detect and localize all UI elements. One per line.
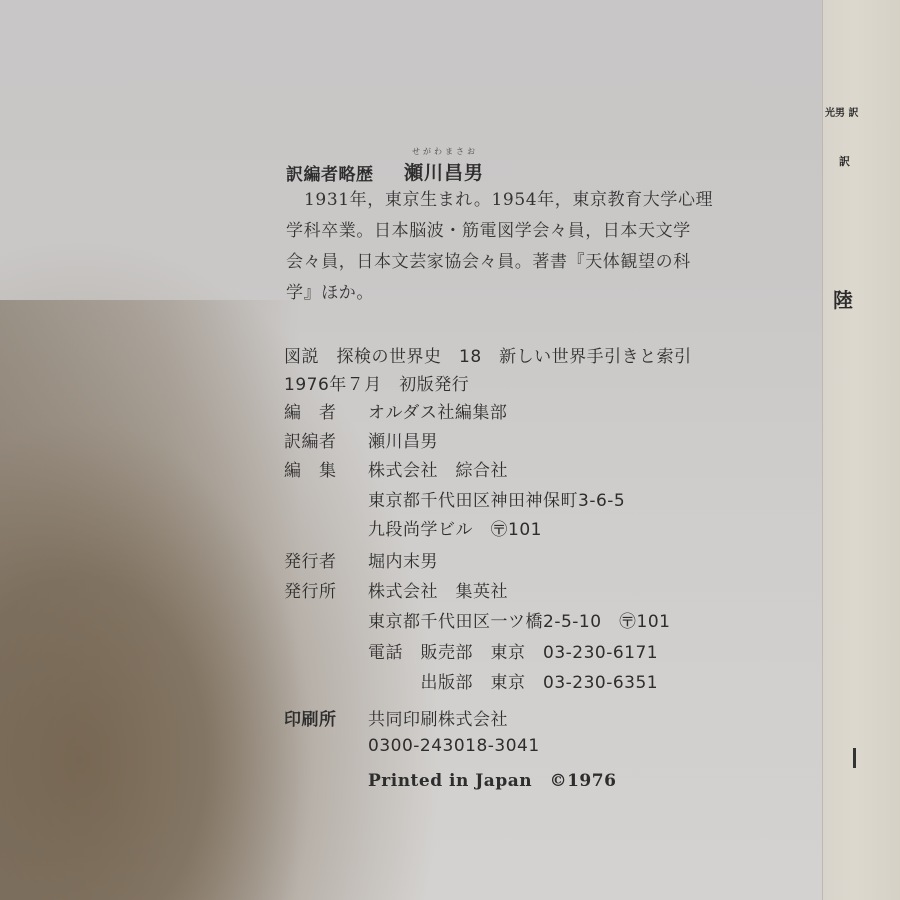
value-publisher-company: 株式会社 集英社 bbox=[368, 577, 508, 602]
bio-name: 瀬川昌男 bbox=[404, 158, 484, 185]
printed-in-japan: Printed in Japan ©1976 bbox=[368, 766, 616, 791]
value-printer: 共同印刷株式会社 bbox=[368, 705, 508, 730]
label-editor: 編 者 bbox=[284, 398, 337, 423]
bio-line-4: 学』ほか。 bbox=[286, 278, 374, 309]
adjacent-bar-mark bbox=[853, 748, 856, 768]
bio-line-2: 学科卒業。日本脳波・筋電図学会々員，日本天文学 bbox=[286, 216, 691, 247]
phone-publishing: 出版部 東京 03-230-6351 bbox=[368, 668, 658, 693]
value-code: 0300-243018-3041 bbox=[368, 736, 540, 756]
label-printer: 印刷所 bbox=[284, 705, 337, 730]
value-editor: オルダス社編集部 bbox=[368, 398, 507, 423]
adjacent-riku-char: 陸 bbox=[833, 284, 853, 313]
edition-line: 1976年７月 初版発行 bbox=[284, 370, 469, 395]
name-ruby: せがわまさお bbox=[412, 146, 478, 157]
book-title: 図説 探検の世界史 18 新しい世界手引きと索引 bbox=[284, 342, 692, 367]
value-publisher-address: 東京都千代田区一ツ橋2-5-10 〶101 bbox=[368, 607, 670, 632]
value-editing-company: 株式会社 綜合社 bbox=[368, 456, 508, 481]
bio-heading: 訳編者略歴 bbox=[286, 160, 374, 185]
adjacent-yaku-char: 訳 bbox=[839, 153, 850, 169]
colophon-page: 訳編者略歴 せがわまさお 瀬川昌男 1931年，東京生まれ。1954年，東京教育… bbox=[0, 0, 822, 900]
phone-sales: 電話 販売部 東京 03-230-6171 bbox=[368, 638, 658, 663]
bio-line-3: 会々員，日本文芸家協会々員。著書『天体観望の科 bbox=[286, 247, 691, 278]
label-publisher-person: 発行者 bbox=[284, 547, 337, 572]
label-editing: 編 集 bbox=[284, 456, 337, 481]
bio-line-1: 1931年，東京生まれ。1954年，東京教育大学心理 bbox=[304, 185, 713, 216]
label-translator-editor: 訳編者 bbox=[284, 427, 337, 452]
label-publisher: 発行所 bbox=[284, 577, 337, 602]
value-translator-editor: 瀬川昌男 bbox=[368, 427, 438, 452]
value-editing-building: 九段尚学ビル 〶101 bbox=[368, 515, 542, 540]
value-editing-address: 東京都千代田区神田神保町3-6-5 bbox=[368, 486, 625, 511]
adjacent-page-edge: 光男 訳 訳 陸 bbox=[822, 0, 900, 900]
value-publisher-person: 堀内末男 bbox=[368, 547, 438, 572]
adjacent-translator-line: 光男 訳 bbox=[825, 104, 858, 119]
